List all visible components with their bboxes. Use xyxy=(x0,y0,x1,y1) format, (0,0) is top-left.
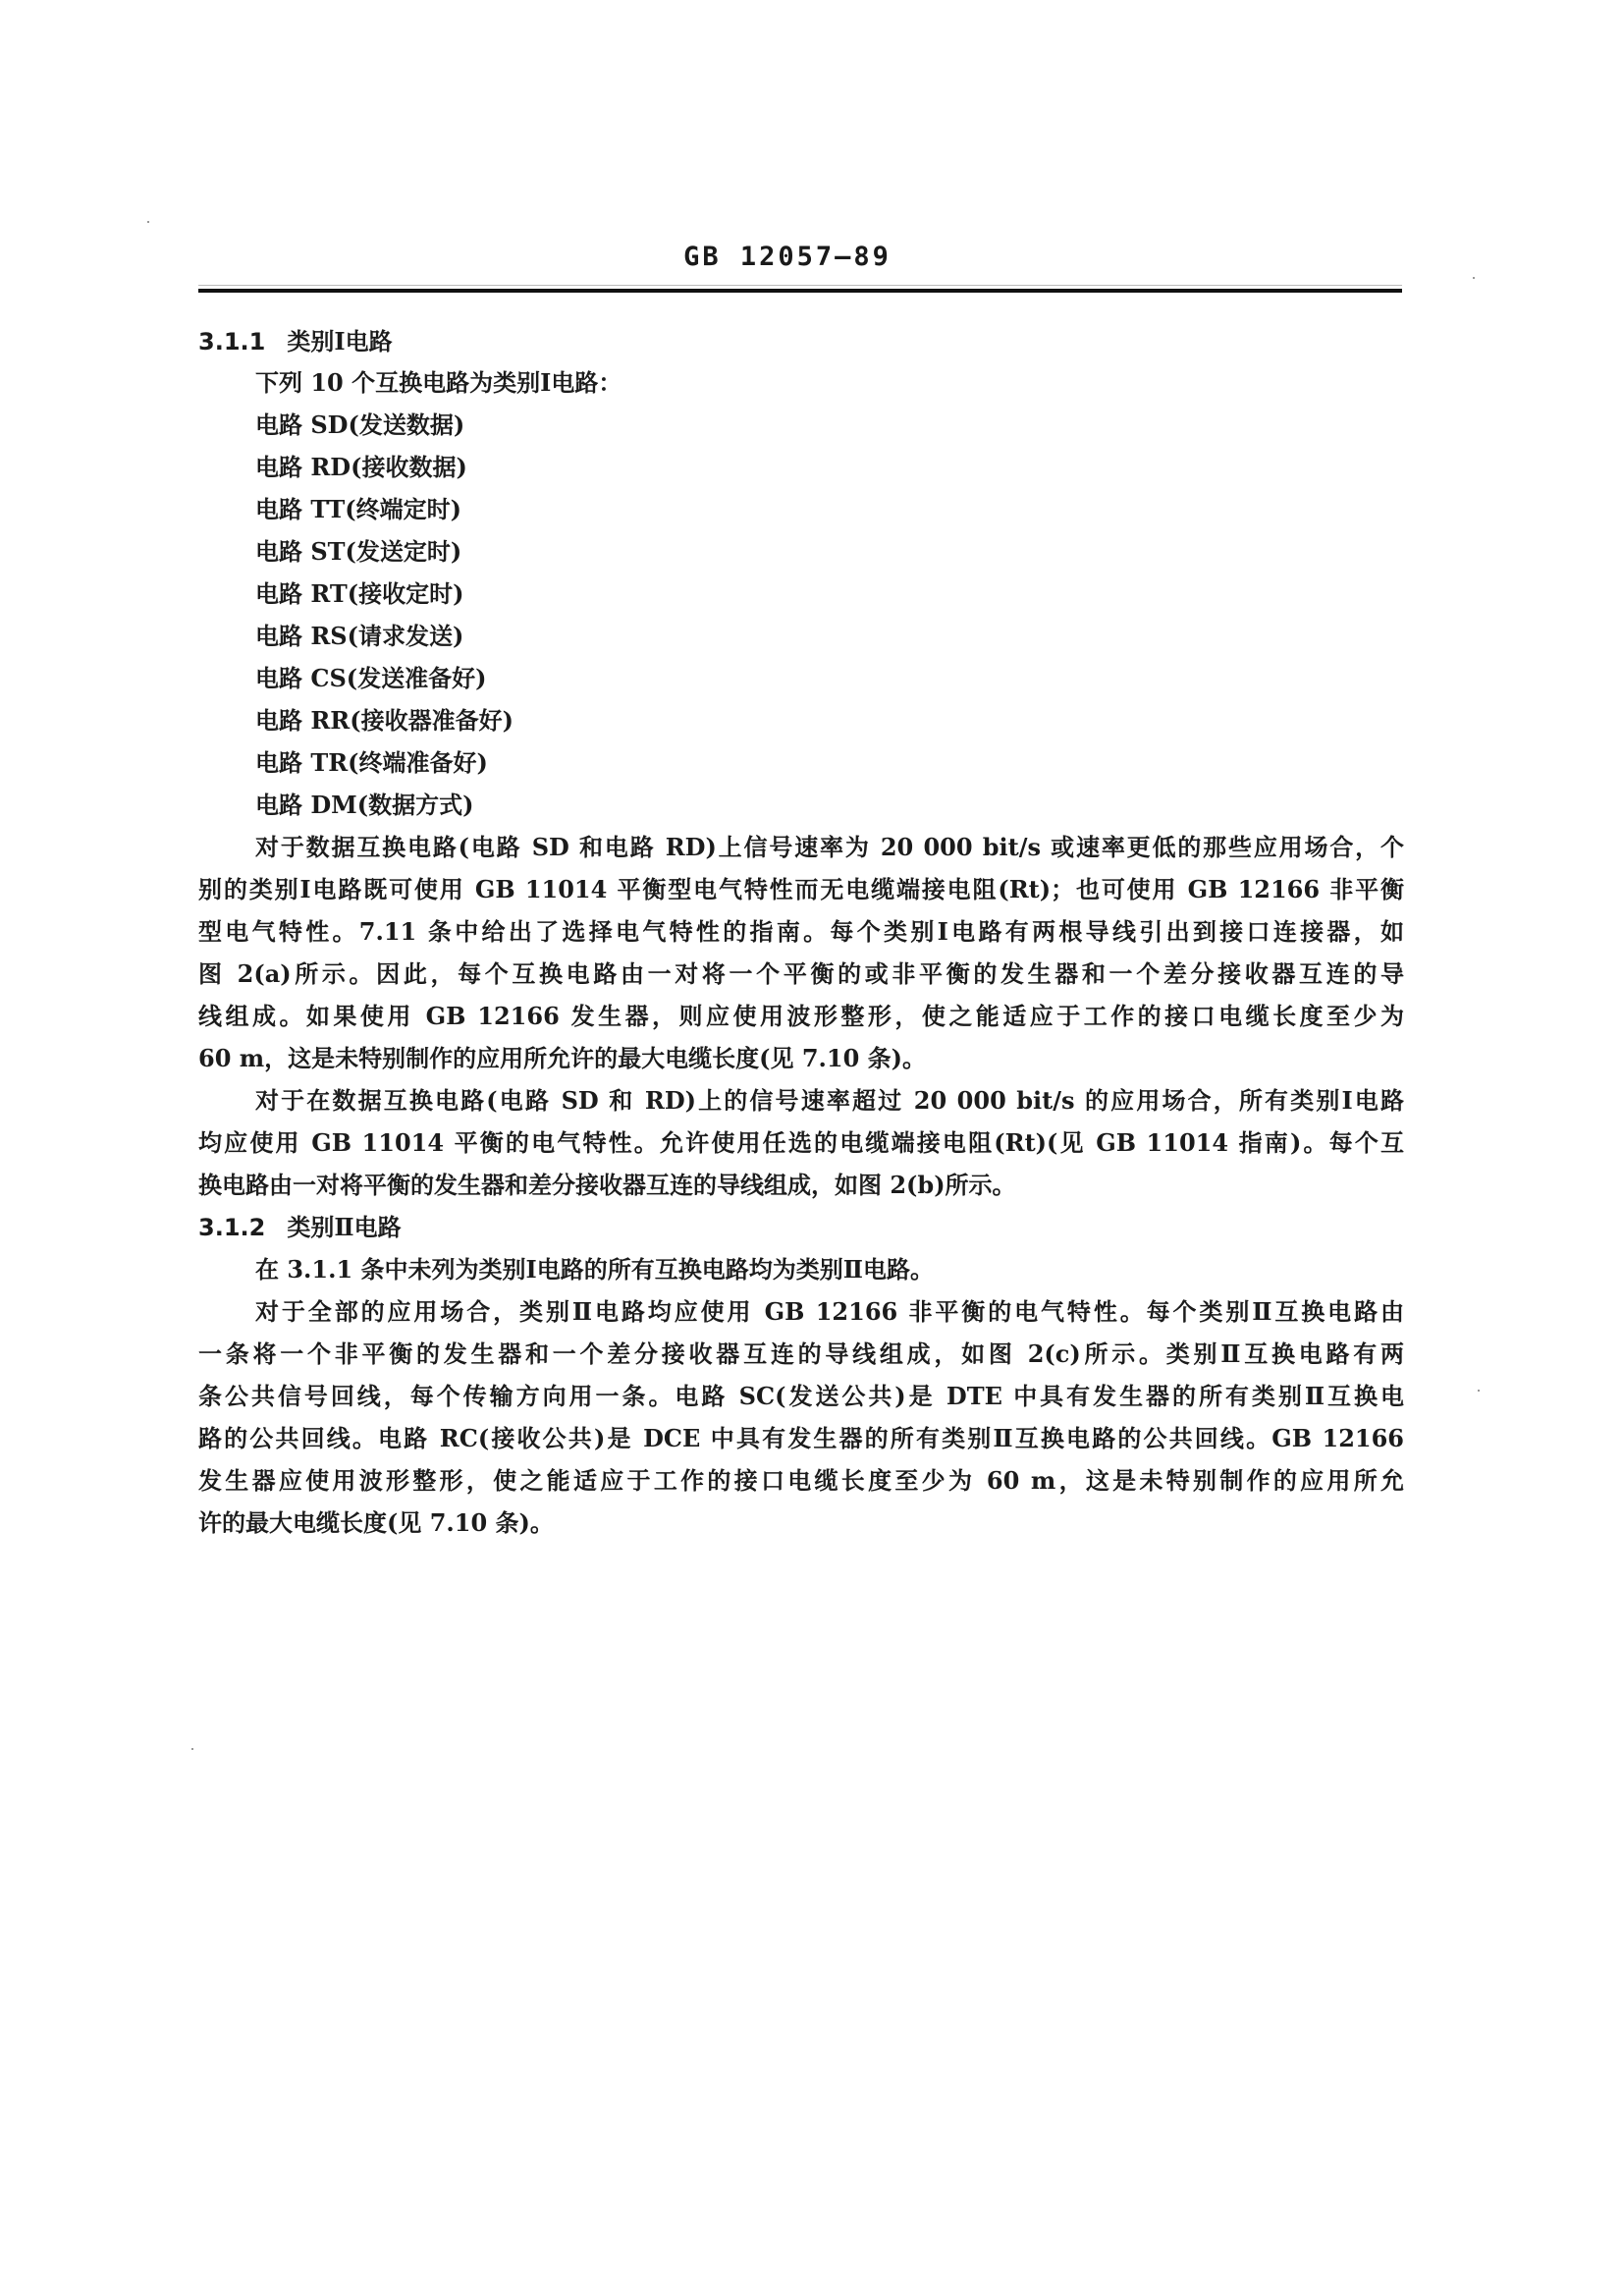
scan-speck xyxy=(1473,277,1475,279)
paragraph-line: 60 m，这是未特别制作的应用所允许的最大电缆长度(见 7.10 条)。 xyxy=(198,1043,926,1074)
section-intro: 在 3.1.1 条中未列为类别Ⅰ电路的所有互换电路均为类别Ⅱ电路。 xyxy=(255,1254,934,1285)
paragraph-line: 对于在数据互换电路(电路 SD 和 RD)上的信号速率超过 20 000 bit… xyxy=(255,1085,1404,1117)
section-heading-3-1-1: 3.1.1类别Ⅰ电路 xyxy=(198,326,393,357)
paragraph-line: 发生器应使用波形整形，使之能适应于工作的接口电缆长度至少为 60 m，这是未特别… xyxy=(198,1465,1404,1497)
circuit-list-item: 电路 TT(终端定时) xyxy=(255,494,461,525)
circuit-list-item: 电路 ST(发送定时) xyxy=(255,536,461,568)
section-number: 3.1.2 xyxy=(198,1214,265,1241)
circuit-list-item: 电路 RR(接收器准备好) xyxy=(255,705,514,737)
scan-speck xyxy=(147,221,149,223)
paragraph-line: 条公共信号回线，每个传输方向用一条。电路 SC(发送公共)是 DTE 中具有发生… xyxy=(198,1381,1404,1412)
scan-speck xyxy=(1478,1390,1480,1392)
circuit-list-item: 电路 DM(数据方式) xyxy=(255,790,473,821)
circuit-list-item: 电路 RT(接收定时) xyxy=(255,578,463,610)
paragraph-line: 路的公共回线。电路 RC(接收公共)是 DCE 中具有发生器的所有类别Ⅱ互换电路… xyxy=(198,1423,1404,1454)
section-title: 类别Ⅰ电路 xyxy=(287,327,392,355)
circuit-list-item: 电路 TR(终端准备好) xyxy=(255,747,488,779)
circuit-list-item: 电路 RS(请求发送) xyxy=(255,621,463,652)
section-intro: 下列 10 个互换电路为类别Ⅰ电路： xyxy=(255,367,622,399)
scan-speck xyxy=(191,1748,193,1750)
paragraph-line: 一条将一个非平衡的发生器和一个差分接收器互连的导线组成，如图 2(c)所示。类别… xyxy=(198,1339,1404,1370)
paragraph-line: 均应使用 GB 11014 平衡的电气特性。允许使用任选的电缆端接电阻(Rt)(… xyxy=(198,1127,1404,1159)
header-rule xyxy=(198,289,1402,293)
paragraph-line: 型电气特性。7.11 条中给出了选择电气特性的指南。每个类别Ⅰ电路有两根导线引出… xyxy=(198,916,1404,948)
header-rule-thin xyxy=(198,285,1402,286)
paragraph-line: 线组成。如果使用 GB 12166 发生器，则应使用波形整形，使之能适应于工作的… xyxy=(198,1001,1404,1032)
circuit-list-item: 电路 CS(发送准备好) xyxy=(255,663,487,694)
section-heading-3-1-2: 3.1.2类别Ⅱ电路 xyxy=(198,1212,402,1243)
document-code: GB 12057—89 xyxy=(683,242,892,272)
page-header: GB 12057—89 xyxy=(0,242,1622,272)
paragraph-line: 许的最大电缆长度(见 7.10 条)。 xyxy=(198,1507,554,1539)
section-number: 3.1.1 xyxy=(198,328,265,355)
paragraph-line: 别的类别Ⅰ电路既可使用 GB 11014 平衡型电气特性而无电缆端接电阻(Rt)… xyxy=(198,874,1404,905)
paragraph-line: 换电路由一对将平衡的发生器和差分接收器互连的导线组成，如图 2(b)所示。 xyxy=(198,1170,1016,1201)
paragraph-line: 对于数据互换电路(电路 SD 和电路 RD)上信号速率为 20 000 bit/… xyxy=(255,832,1404,863)
circuit-list-item: 电路 SD(发送数据) xyxy=(255,410,464,441)
paragraph-line: 图 2(a)所示。因此，每个互换电路由一对将一个平衡的或非平衡的发生器和一个差分… xyxy=(198,958,1404,990)
circuit-list-item: 电路 RD(接收数据) xyxy=(255,452,467,483)
section-title: 类别Ⅱ电路 xyxy=(287,1213,401,1241)
paragraph-line: 对于全部的应用场合，类别Ⅱ电路均应使用 GB 12166 非平衡的电气特性。每个… xyxy=(255,1296,1404,1328)
